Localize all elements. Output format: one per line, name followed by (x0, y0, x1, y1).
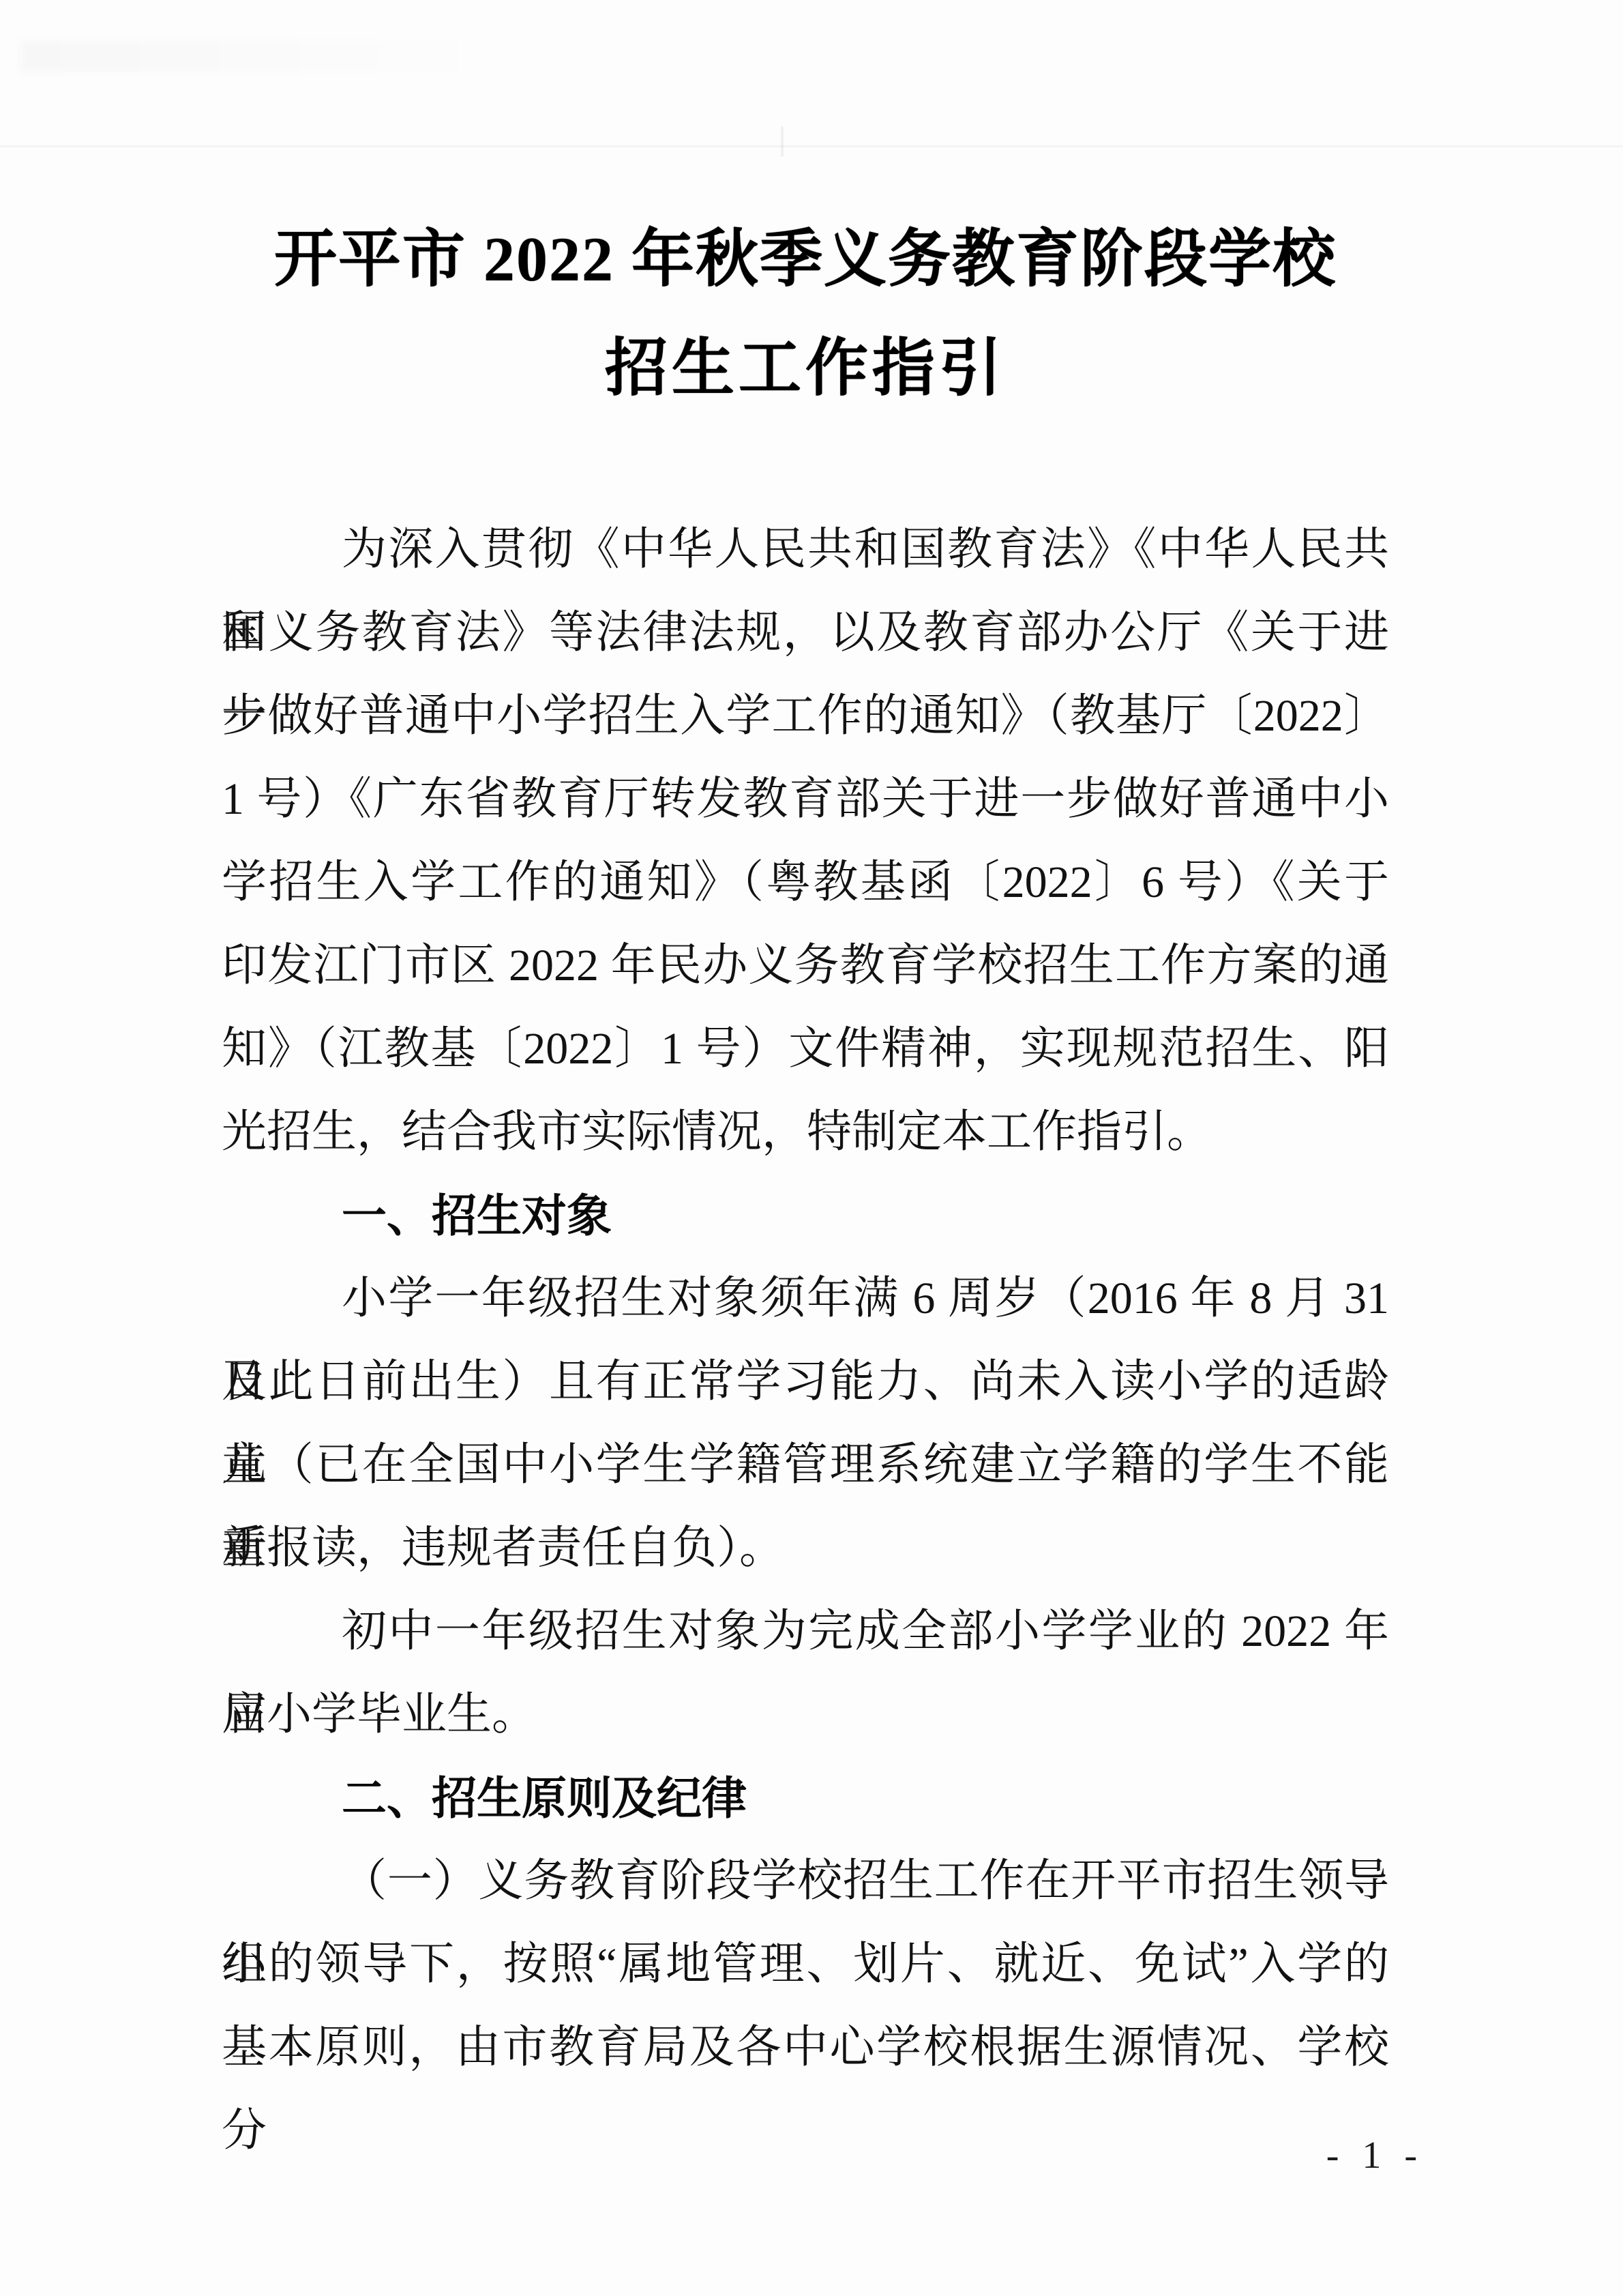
scan-smudge-artifact (20, 41, 498, 72)
document-page: 开平市 2022 年秋季义务教育阶段学校 招生工作指引 为深入贯彻《中华人民共和… (0, 0, 1623, 2296)
paragraph-line: （一）义务教育阶段学校招生工作在开平市招生领导小 (222, 1840, 1389, 1923)
paragraph-line: 知》（江教基〔2022〕1 号）文件精神，实现规范招生、阳 (222, 1007, 1389, 1091)
paragraph-line: 1 号）《广东省教育厅转发教育部关于进一步做好普通中小 (222, 758, 1389, 841)
section-heading-2: 二、招生原则及纪律 (222, 1756, 1389, 1840)
document-body: 为深入贯彻《中华人民共和国教育法》《中华人民共和 国义务教育法》等法律法规，以及… (222, 508, 1389, 2089)
paragraph-line: 为深入贯彻《中华人民共和国教育法》《中华人民共和 (222, 508, 1389, 591)
paragraph-line: 步做好普通中小学招生入学工作的通知》（教基厅〔2022〕 (222, 675, 1389, 758)
scan-line-artifact (0, 145, 1623, 147)
paragraph-line: 小学一年级招生对象须年满 6 周岁（2016 年 8 月 31 日 (222, 1257, 1389, 1340)
title-line-2: 招生工作指引 (222, 314, 1389, 423)
paragraph-line: 国义务教育法》等法律法规，以及教育部办公厅《关于进一 (222, 591, 1389, 675)
title-line-1: 开平市 2022 年秋季义务教育阶段学校 (222, 205, 1389, 314)
paragraph-line: 届小学毕业生。 (222, 1673, 1389, 1756)
page-number: - 1 - (1326, 2134, 1424, 2177)
paragraph-line: 组的领导下，按照“属地管理、划片、就近、免试”入学的 (222, 1923, 1389, 2006)
paragraph-line: 学招生入学工作的通知》（粤教基函〔2022〕6 号）《关于 (222, 841, 1389, 924)
section-heading-1: 一、招生对象 (222, 1174, 1389, 1257)
document-title: 开平市 2022 年秋季义务教育阶段学校 招生工作指引 (222, 205, 1389, 423)
paragraph-line: 及此日前出生）且有正常学习能力、尚未入读小学的适龄儿 (222, 1340, 1389, 1424)
paragraph-line: 基本原则，由市教育局及各中心学校根据生源情况、学校分 (222, 2006, 1389, 2089)
paragraph-line: 初中一年级招生对象为完成全部小学学业的 2022 年应 (222, 1590, 1389, 1673)
paragraph-line: 光招生，结合我市实际情况，特制定本工作指引。 (222, 1091, 1389, 1174)
paragraph-line: 印发江门市区 2022 年民办义务教育学校招生工作方案的通 (222, 924, 1389, 1007)
scan-dash-artifact (781, 126, 784, 157)
paragraph-line: 童（已在全国中小学生学籍管理系统建立学籍的学生不能重 (222, 1424, 1389, 1507)
paragraph-line: 新报读，违规者责任自负）。 (222, 1507, 1389, 1590)
